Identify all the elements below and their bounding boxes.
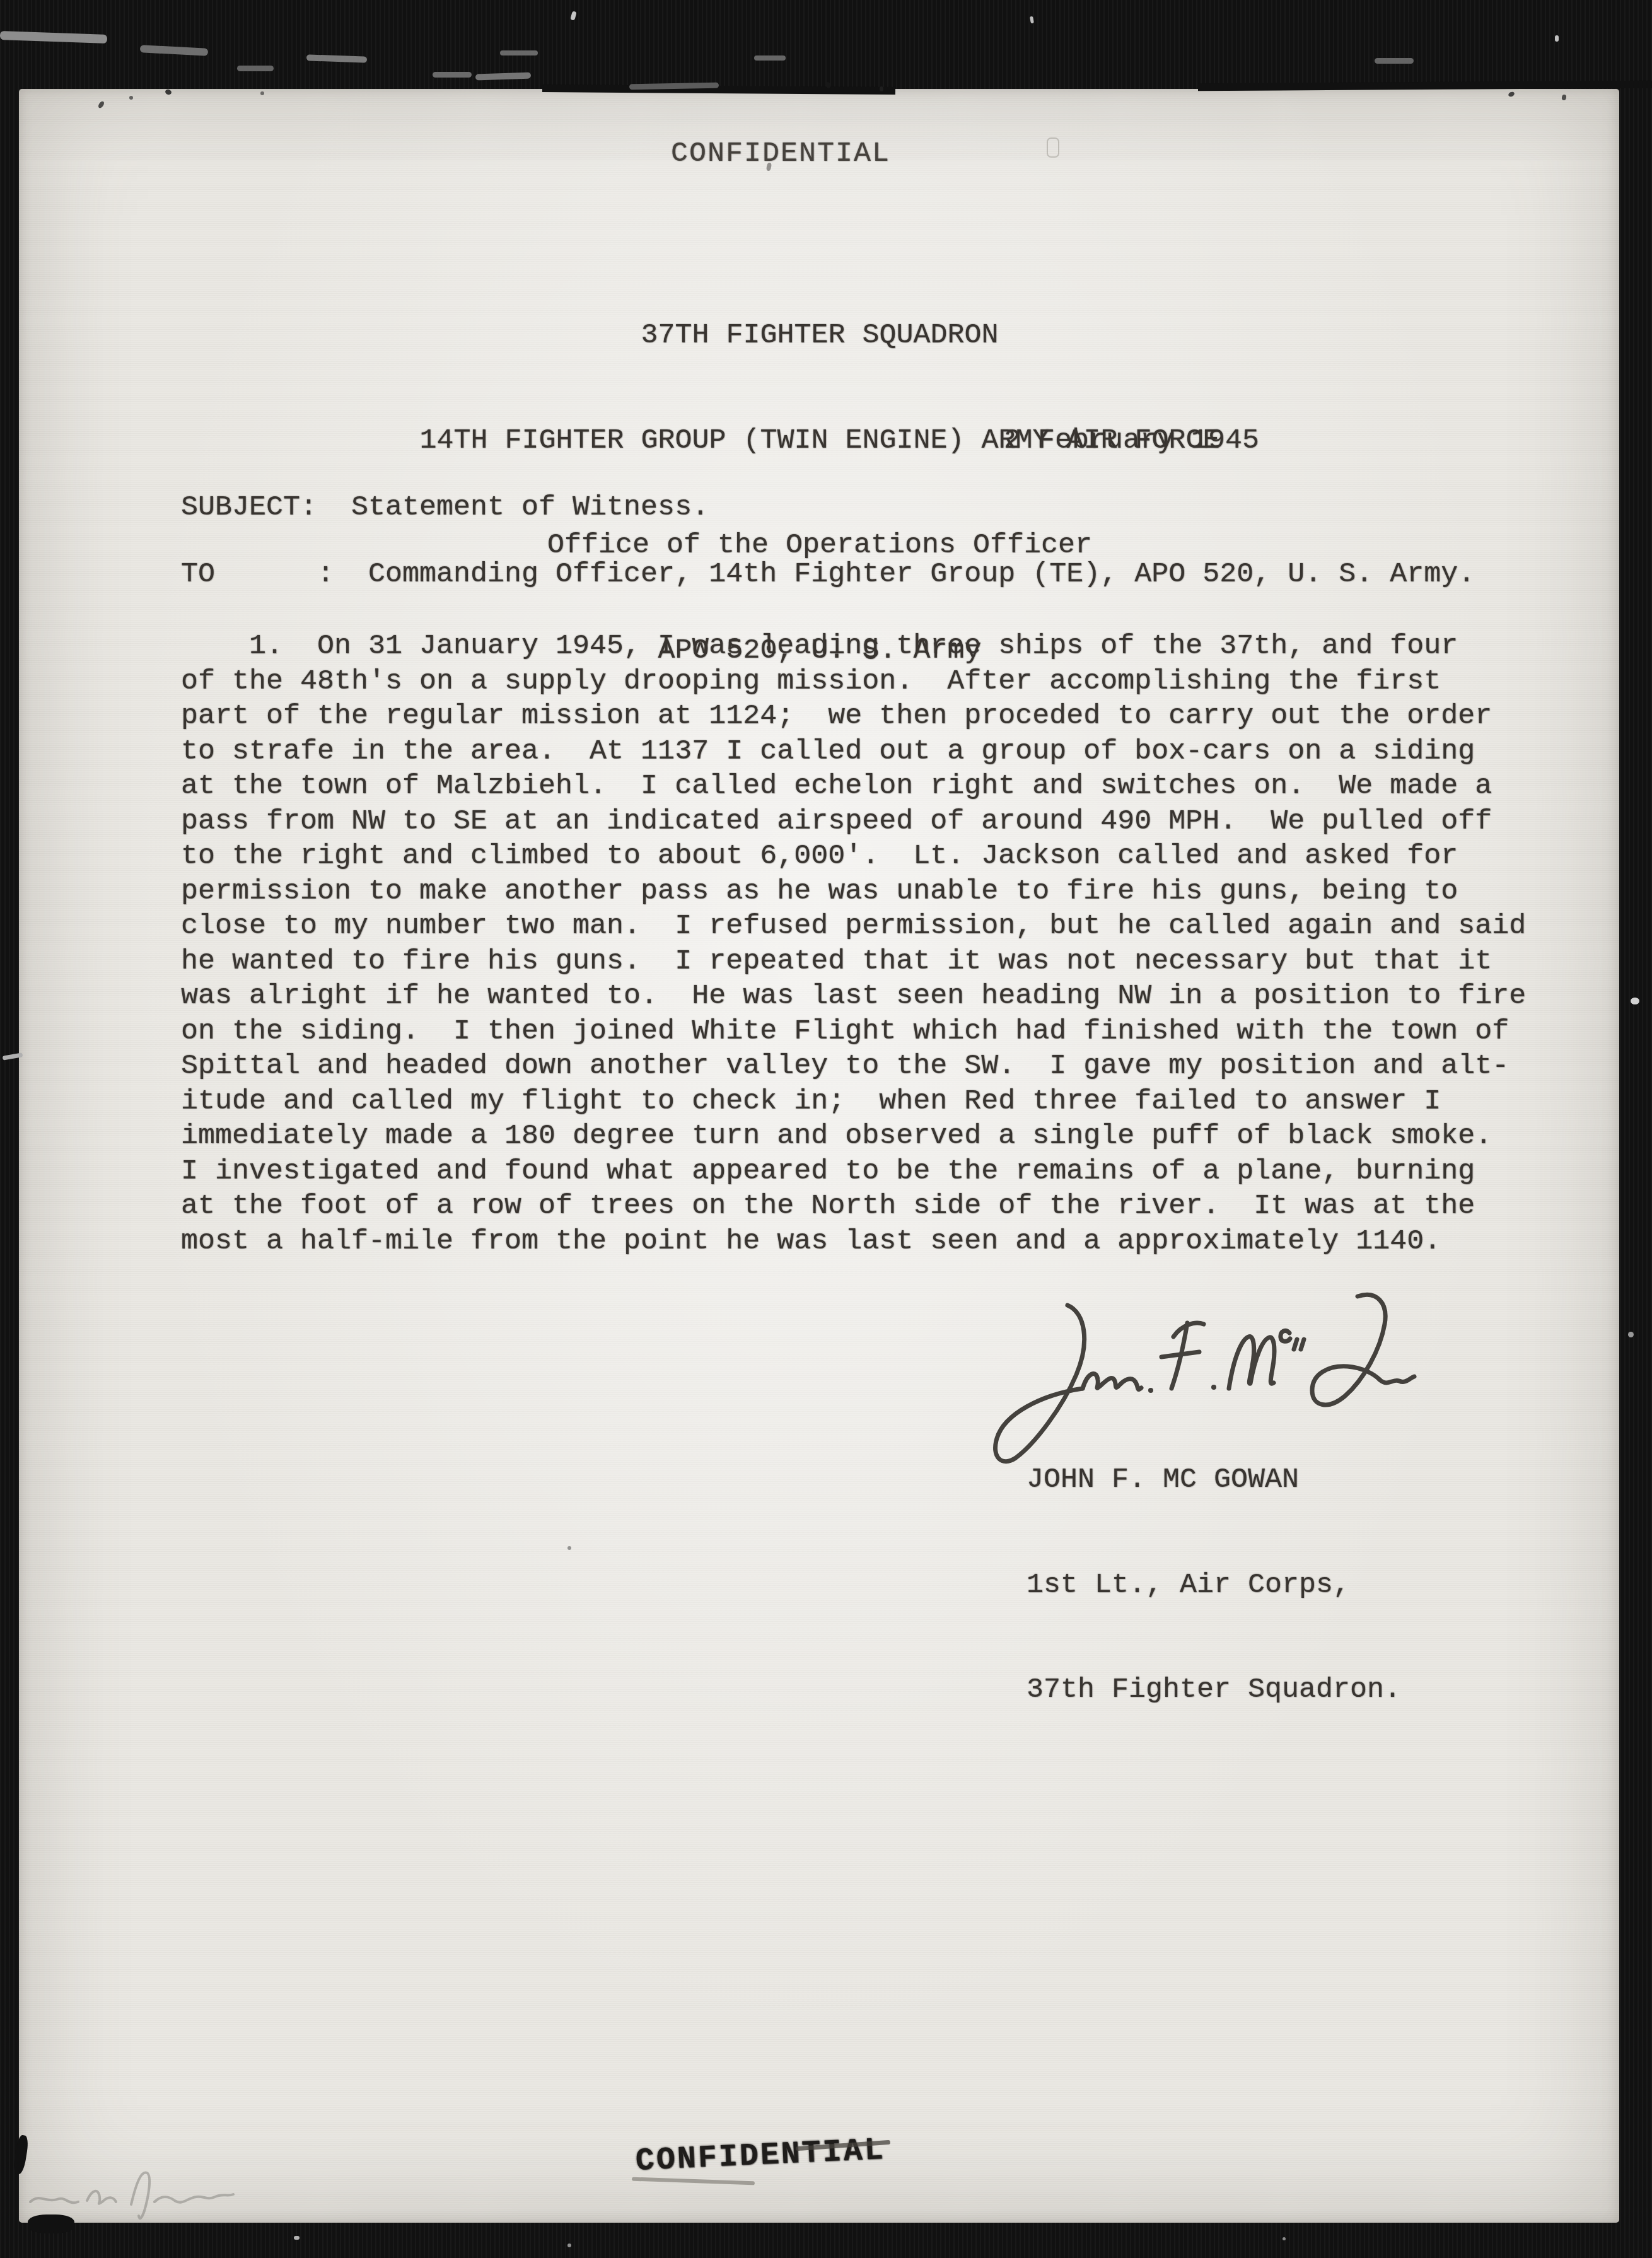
letterhead-line: 14TH FIGHTER GROUP (TWIN ENGINE) ARMY AI… bbox=[189, 423, 1450, 458]
paper-speck bbox=[129, 96, 133, 100]
film-scratch bbox=[475, 72, 531, 80]
body-line: of the 48th's on a supply drooping missi… bbox=[181, 664, 1526, 699]
paper-speck bbox=[880, 86, 883, 91]
body-line: he wanted to fire his guns. I repeated t… bbox=[181, 944, 1526, 979]
pencil-scribble bbox=[25, 2164, 265, 2221]
film-scratch bbox=[0, 31, 107, 44]
signer-name: JOHN F. MC GOWAN bbox=[1027, 1462, 1401, 1498]
subject-line: SUBJECT: Statement of Witness. bbox=[181, 490, 709, 525]
film-scratch bbox=[500, 50, 538, 55]
film-scratch bbox=[1628, 1332, 1634, 1337]
body-line: pass from NW to SE at an indicated airsp… bbox=[181, 804, 1526, 839]
body-line: 1. On 31 January 1945, I was leading thr… bbox=[181, 629, 1526, 664]
to-line: TO : Commanding Officer, 14th Fighter Gr… bbox=[181, 557, 1475, 592]
body-line: was alright if he wanted to. He was last… bbox=[181, 979, 1526, 1014]
film-scratch bbox=[140, 45, 208, 56]
paper-speck bbox=[567, 1546, 571, 1550]
signature-block: JOHN F. MC GOWAN 1st Lt., Air Corps, 37t… bbox=[1027, 1392, 1401, 1778]
scanned-document-page: CONFIDENTIAL 37TH FIGHTER SQUADRON 14TH … bbox=[0, 0, 1652, 2258]
film-scratch bbox=[1375, 58, 1414, 64]
film-scratch bbox=[754, 55, 786, 61]
body-line: close to my number two man. I refused pe… bbox=[181, 909, 1526, 944]
letterhead-line: 37TH FIGHTER SQUADRON bbox=[189, 318, 1450, 353]
classification-stamp-top: CONFIDENTIAL bbox=[671, 136, 890, 172]
paper-speck bbox=[260, 91, 264, 95]
signer-unit: 37th Fighter Squadron. bbox=[1027, 1672, 1401, 1708]
body-line: on the siding. I then joined White Fligh… bbox=[181, 1014, 1526, 1049]
body-line: I investigated and found what appeared t… bbox=[181, 1154, 1526, 1189]
body-line: immediately made a 180 degree turn and o… bbox=[181, 1119, 1526, 1154]
film-scratch bbox=[567, 2243, 571, 2247]
date-line: 2 February 1945 bbox=[1004, 423, 1259, 458]
body-line: itude and called my flight to check in; … bbox=[181, 1084, 1526, 1119]
body-line: to strafe in the area. At 1137 I called … bbox=[181, 734, 1526, 769]
signer-rank: 1st Lt., Air Corps, bbox=[1027, 1568, 1401, 1603]
film-scratch bbox=[294, 2236, 300, 2240]
film-scratch bbox=[1030, 16, 1034, 24]
film-scratch bbox=[433, 72, 472, 78]
body-line: at the town of Malzbiehl. I called echel… bbox=[181, 769, 1526, 804]
film-scratch bbox=[1555, 35, 1559, 42]
film-scratch bbox=[237, 66, 274, 71]
body-paragraph: 1. On 31 January 1945, I was leading thr… bbox=[181, 629, 1526, 1259]
film-scratch bbox=[1631, 998, 1639, 1004]
body-line: Spittal and headed down another valley t… bbox=[181, 1049, 1526, 1084]
film-scratch bbox=[1283, 2237, 1286, 2240]
body-line: permission to make another pass as he wa… bbox=[181, 874, 1526, 909]
body-line: at the foot of a row of trees on the Nor… bbox=[181, 1189, 1526, 1224]
body-line: to the right and climbed to about 6,000'… bbox=[181, 839, 1526, 874]
film-scratch bbox=[570, 11, 576, 20]
paper-smudge bbox=[1047, 137, 1059, 158]
body-line: part of the regular mission at 1124; we … bbox=[181, 699, 1526, 734]
body-line: most a half-mile from the point he was l… bbox=[181, 1224, 1526, 1259]
film-scratch bbox=[306, 54, 367, 62]
